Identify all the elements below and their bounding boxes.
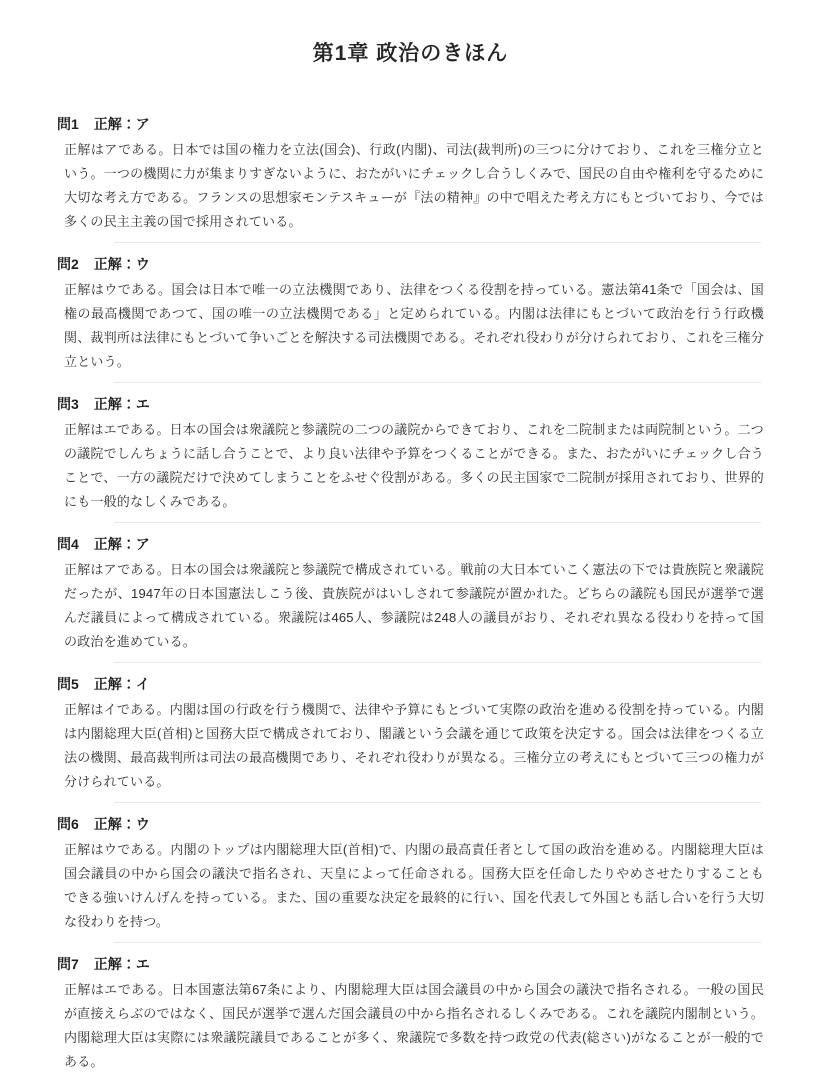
section-divider (114, 522, 761, 523)
explanation-text: 正解はエである。日本国憲法第67条により、内閣総理大臣は国会議員の中から国会の議… (64, 978, 764, 1074)
section-divider (114, 942, 761, 943)
question-heading: 問2正解：ウ (57, 252, 764, 276)
explanation-text: 正解はエである。日本の国会は衆議院と参議院の二つの議院からできており、これを二院… (64, 418, 764, 514)
section-divider (114, 382, 761, 383)
section-divider (114, 242, 761, 243)
question-number: 問6 (57, 816, 79, 832)
question-heading: 問7正解：エ (57, 952, 764, 976)
explanation-text: 正解はウである。国会は日本で唯一の立法機関であり、法律をつくる役割を持っている。… (64, 278, 764, 374)
answer-section-q7: 問7正解：エ 正解はエである。日本国憲法第67条により、内閣総理大臣は国会議員の… (57, 952, 764, 1080)
question-number: 問4 (57, 536, 79, 552)
question-heading: 問3正解：エ (57, 392, 764, 416)
question-number: 問1 (57, 116, 79, 132)
explanation-text: 正解はイである。内閣は国の行政を行う機関で、法律や予算にもとづいて実際の政治を進… (64, 698, 764, 794)
answer-section-q3: 問3正解：エ 正解はエである。日本の国会は衆議院と参議院の二つの議院からできてお… (57, 392, 764, 523)
question-number: 問2 (57, 256, 79, 272)
answer-label: 正解：エ (94, 956, 150, 972)
answer-section-q2: 問2正解：ウ 正解はウである。国会は日本で唯一の立法機関であり、法律をつくる役割… (57, 252, 764, 383)
explanation-text: 正解はウである。内閣のトップは内閣総理大臣(首相)で、内閣の最高責任者として国の… (64, 838, 764, 934)
document-page: 第1章 政治のきほん 問1正解：ア 正解はアである。日本では国の権力を立法(国会… (0, 0, 820, 1080)
question-number: 問7 (57, 956, 79, 972)
question-number: 問3 (57, 396, 79, 412)
question-heading: 問6正解：ウ (57, 812, 764, 836)
answer-label: 正解：ウ (94, 816, 150, 832)
answer-label: 正解：エ (94, 396, 150, 412)
answer-label: 正解：ア (94, 116, 150, 132)
answer-label: 正解：ア (94, 536, 150, 552)
answer-label: 正解：イ (94, 676, 150, 692)
question-heading: 問4正解：ア (57, 532, 764, 556)
explanation-text: 正解はアである。日本の国会は衆議院と参議院で構成されている。戦前の大日本ていこく… (64, 558, 764, 654)
page-title: 第1章 政治のきほん (57, 40, 764, 68)
question-heading: 問5正解：イ (57, 672, 764, 696)
question-number: 問5 (57, 676, 79, 692)
section-divider (114, 662, 761, 663)
question-heading: 問1正解：ア (57, 112, 764, 136)
section-divider (114, 802, 761, 803)
explanation-text: 正解はアである。日本では国の権力を立法(国会)、行政(内閣)、司法(裁判所)の三… (64, 138, 764, 234)
answer-section-q6: 問6正解：ウ 正解はウである。内閣のトップは内閣総理大臣(首相)で、内閣の最高責… (57, 812, 764, 943)
answer-section-q1: 問1正解：ア 正解はアである。日本では国の権力を立法(国会)、行政(内閣)、司法… (57, 112, 764, 243)
answer-section-q5: 問5正解：イ 正解はイである。内閣は国の行政を行う機関で、法律や予算にもとづいて… (57, 672, 764, 803)
answer-section-q4: 問4正解：ア 正解はアである。日本の国会は衆議院と参議院で構成されている。戦前の… (57, 532, 764, 663)
answer-label: 正解：ウ (94, 256, 150, 272)
